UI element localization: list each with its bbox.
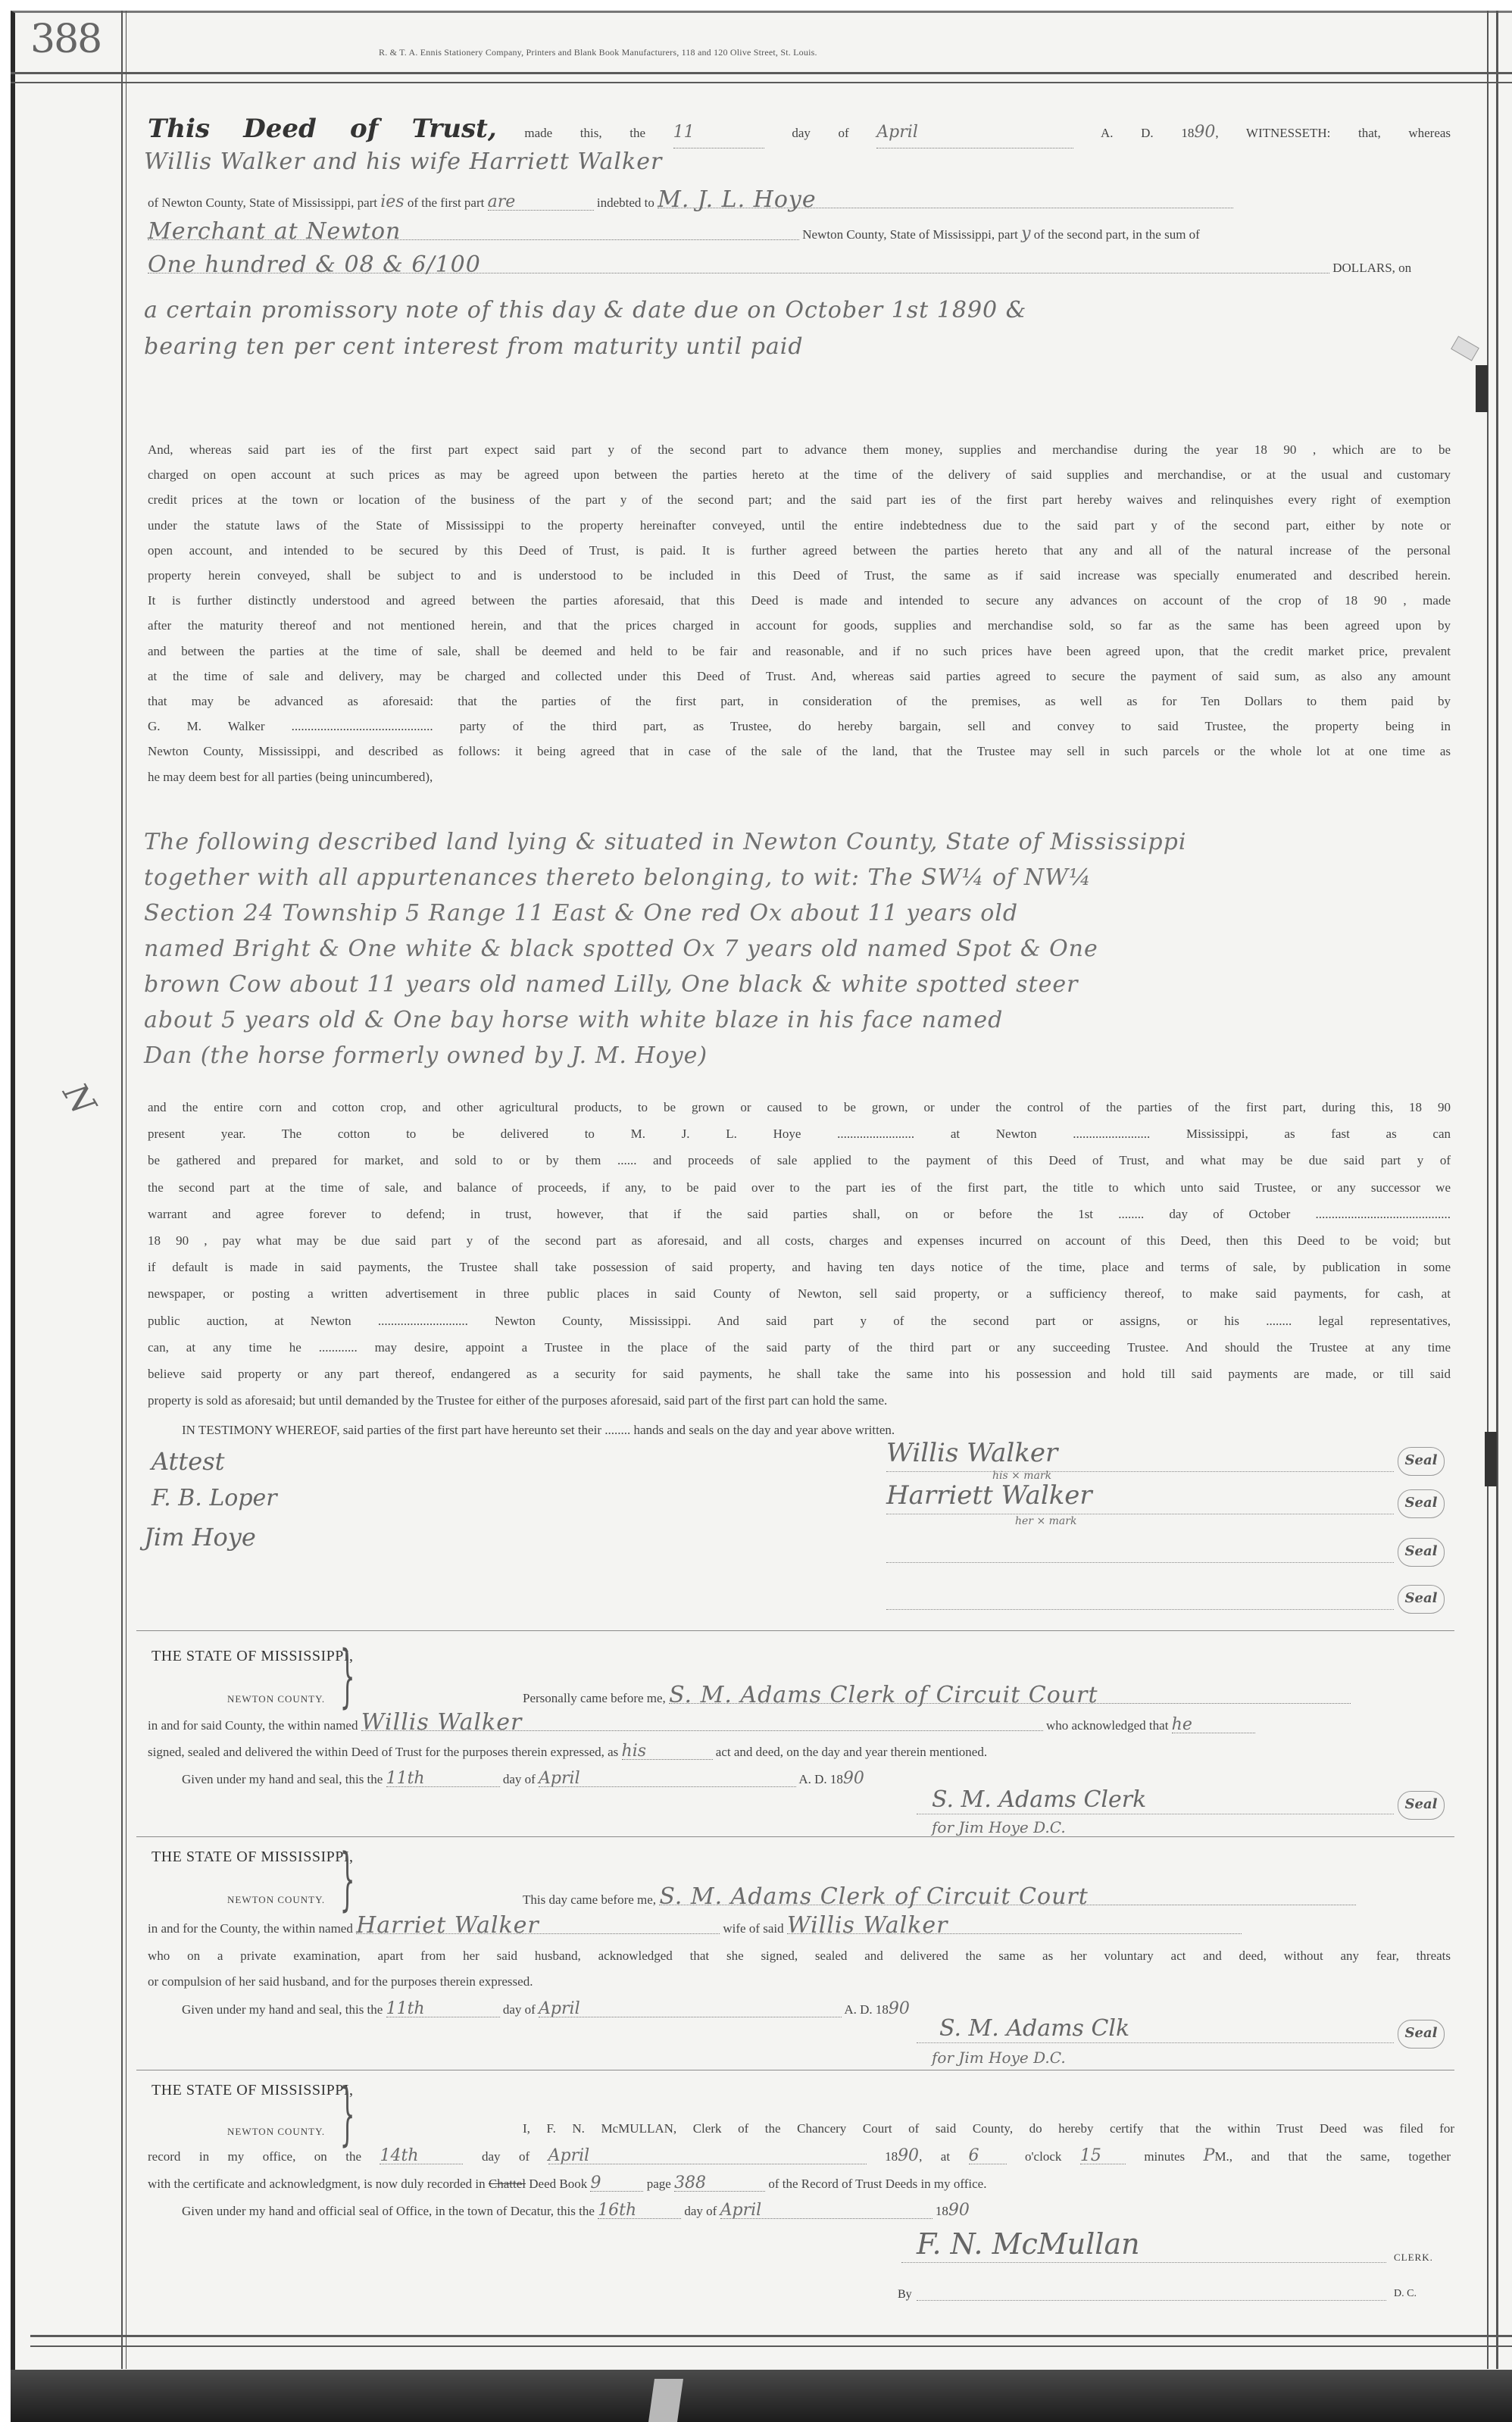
index-tab-marker: [1485, 1432, 1497, 1486]
property-line: about 5 years old & One bay horse with w…: [144, 1002, 1447, 1039]
clerk-signature: F. N. McMullan: [917, 2227, 1140, 2261]
cert-month: April: [548, 2149, 867, 2164]
label: o'clock: [1025, 2149, 1061, 2164]
clause-line: believe said property or any part thereo…: [148, 1367, 1451, 1382]
ack2-year: 90: [889, 1999, 910, 2018]
label: Given under my hand and seal, this the: [182, 2002, 383, 2017]
county-line-2: Merchant at Newton Newton County, State …: [148, 224, 1451, 242]
label: indebted to: [597, 195, 654, 210]
brace-icon: }: [340, 1636, 355, 1716]
note-line-1: a certain promissory note of this day & …: [144, 297, 1026, 323]
clause-line: he may deem best for all parties (being …: [148, 770, 1451, 785]
clause-line: property is sold as aforesaid; but until…: [148, 1393, 1451, 1408]
header-rule: [11, 72, 1512, 74]
grantors: Willis Walker and his wife Harriett Walk…: [144, 148, 662, 175]
label: day of: [503, 2002, 536, 2017]
ack1-line1: Personally came before me, S. M. Adams C…: [523, 1688, 1454, 1706]
label: of Newton County, State of Mississippi, …: [148, 195, 377, 210]
party-suffix: ies: [380, 192, 404, 211]
creditor: M. J. L. Hoye: [658, 192, 1233, 208]
book-edge-shadow: [11, 2370, 1512, 2422]
ack1-day: 11th: [386, 1771, 500, 1787]
label: signed, sealed and delivered the within …: [148, 1745, 618, 1759]
signer-2: Harriett Walker: [886, 1480, 1092, 1511]
ack2-line1: This day came before me, S. M. Adams Cle…: [523, 1889, 1454, 1908]
clause-line: open account, and intended to be secured…: [148, 543, 1451, 558]
property-line: Section 24 Township 5 Range 11 East & On…: [144, 895, 1447, 932]
deed-month: April: [876, 117, 1073, 148]
label: in and for said County, the within named: [148, 1718, 358, 1733]
label: of the Record of Trust Deeds in my offic…: [768, 2177, 986, 2191]
clause-line: after the maturity thereof and not menti…: [148, 618, 1451, 633]
clause-line: and the entire corn and cotton crop, and…: [148, 1100, 1451, 1115]
clause-line: warrant and agree forever to defend; in …: [148, 1207, 1451, 1222]
margin-rule: [126, 11, 127, 2369]
by-label: By: [898, 2288, 912, 2302]
label: 18: [885, 2149, 898, 2164]
cert-given: Given under my hand and official seal of…: [182, 2203, 1485, 2219]
cert-day: 14th: [380, 2149, 463, 2164]
label: day of: [684, 2204, 717, 2218]
ack2-month: April: [539, 2002, 842, 2017]
label: made this, the: [524, 126, 645, 140]
ack2-husband: Willis Walker: [787, 1918, 1242, 1934]
margin-rule-right: [1496, 11, 1498, 2369]
cert-given-month: April: [720, 2203, 933, 2219]
witness-1: F. B. Loper: [152, 1485, 277, 1511]
ack1-named: Willis Walker: [361, 1715, 1043, 1731]
dc-label: D. C.: [1394, 2288, 1417, 2300]
clause-line: at the time of sale and delivery, may be…: [148, 669, 1451, 684]
seal-icon: Seal: [1398, 1538, 1445, 1567]
label: , WITNESSETH: that, whereas: [1215, 126, 1451, 140]
seal-icon: Seal: [1398, 1585, 1445, 1614]
footer-rule: [30, 2335, 1512, 2337]
signature-line: [886, 1471, 1394, 1472]
seal-icon: Seal: [1398, 1447, 1445, 1476]
property-line: Dan (the horse formerly owned by J. M. H…: [144, 1038, 1447, 1074]
property-line: brown Cow about 11 years old named Lilly…: [144, 967, 1447, 1003]
ack1-county: NEWTON COUNTY.: [227, 1693, 325, 1705]
are-fill: are: [488, 195, 594, 211]
signature-line: [917, 2300, 1386, 2301]
clause-line: public auction, at Newton ..............…: [148, 1314, 1451, 1329]
cert-state: THE STATE OF MISSISSIPPI,: [152, 2082, 354, 2099]
bookmark-ribbon: [648, 2379, 683, 2422]
ack1-month: April: [539, 1771, 796, 1787]
cert-line2: record in my office, on the 14th day of …: [148, 2149, 1451, 2164]
attest-label: Attest: [152, 1447, 224, 1476]
deed-title: This Deed of Trust,: [148, 114, 497, 144]
label: of the second part, in the sum of: [1034, 227, 1200, 242]
clause-line: present year. The cotton to be delivered…: [148, 1127, 1451, 1142]
clause-line: Newton County, Mississippi, and describe…: [148, 744, 1451, 759]
ack1-state: THE STATE OF MISSISSIPPI,: [152, 1648, 354, 1665]
signature-line: [901, 2262, 1386, 2263]
label: act and deed, on the day and year therei…: [716, 1745, 987, 1759]
clause-line: It is further distinctly understood and …: [148, 593, 1451, 608]
ack2-officer: S. M. Adams Clerk of Circuit Court: [659, 1889, 1356, 1905]
label: with the certificate and acknowledgment,…: [148, 2177, 486, 2191]
label: Given under my hand and seal, this the: [182, 1772, 383, 1786]
county-line-1: of Newton County, State of Mississippi, …: [148, 192, 1451, 211]
label: of the first part: [408, 195, 485, 210]
margin-rule-right: [1487, 11, 1489, 2369]
ack1-signature: S. M. Adams Clerk: [932, 1786, 1146, 1813]
cert-county: NEWTON COUNTY.: [227, 2126, 325, 2138]
cert-hour: 6: [969, 2149, 1007, 2164]
clause-line: be gathered and prepared for market, and…: [148, 1153, 1451, 1168]
label: wife of said: [723, 1921, 783, 1936]
label: day of: [792, 126, 848, 140]
sum-amount: One hundred & 08 & 6/100: [148, 258, 1329, 273]
clause-line: newspaper, or posting a written advertis…: [148, 1286, 1451, 1302]
cert-line1: I, F. N. McMULLAN, Clerk of the Chancery…: [523, 2121, 1454, 2136]
clause-line: the second part at the time of sale, and…: [148, 1180, 1451, 1195]
ack1-pronoun2: his: [622, 1744, 713, 1760]
signer-2-mark: her × mark: [1015, 1515, 1076, 1527]
clause-line: 18 90 , pay what may be due said part y …: [148, 1233, 1451, 1249]
label: who acknowledged that: [1046, 1718, 1168, 1733]
label: Newton County, State of Mississippi, par…: [802, 227, 1018, 242]
label: Deed Book: [529, 2177, 587, 2191]
ack1-signature-2: for Jim Hoye D.C.: [932, 1818, 1066, 1836]
property-line: The following described land lying & sit…: [144, 824, 1447, 861]
signer-1: Willis Walker: [886, 1438, 1057, 1468]
party-suffix: y: [1021, 224, 1030, 243]
signature-line: [917, 2042, 1394, 2043]
property-line: named Bright & One white & black spotted…: [144, 931, 1447, 967]
ack1-year: 90: [843, 1769, 864, 1788]
footer-rule: [30, 2345, 1512, 2347]
deed-day: 11: [673, 117, 764, 148]
ack2-named: Harriet Walker: [356, 1918, 720, 1934]
label: in and for the County, the within named: [148, 1921, 353, 1936]
section-divider: [136, 1630, 1454, 1631]
clause-line: And, whereas said part ies of the first …: [148, 442, 1451, 458]
section-divider: [136, 2070, 1454, 2070]
printer-imprint: R. & T. A. Ennis Stationery Company, Pri…: [379, 47, 817, 58]
sum-line: One hundred & 08 & 6/100 DOLLARS, on: [148, 258, 1451, 276]
label: Personally came before me,: [523, 1691, 666, 1705]
header-rule: [11, 82, 1512, 83]
label: A. D. 18: [1101, 126, 1194, 140]
cert-page: 388: [674, 2176, 765, 2192]
brace-icon: }: [340, 2074, 355, 2154]
clause-line: and between the parties at the time of s…: [148, 644, 1451, 659]
signature-line: [917, 1814, 1394, 1814]
seal-icon: Seal: [1398, 1791, 1445, 1820]
testimony-line: IN TESTIMONY WHEREOF, said parties of th…: [182, 1423, 1439, 1438]
brace-icon: }: [340, 1839, 355, 1919]
ack1-line3: signed, sealed and delivered the within …: [148, 1744, 1451, 1760]
cert-year: 90: [898, 2146, 919, 2165]
ack2-given: Given under my hand and seal, this the 1…: [182, 2002, 1485, 2017]
cert-meridiem: P: [1204, 2146, 1215, 2165]
label: day of: [503, 1772, 536, 1786]
label: 18: [936, 2204, 948, 2218]
seal-icon: Seal: [1398, 1489, 1445, 1518]
clause-line: property herein conveyed, shall be subje…: [148, 568, 1451, 583]
struck-word: Chattel: [489, 2177, 526, 2191]
property-line: together with all appurtenances thereto …: [144, 860, 1447, 896]
note-line-2: bearing ten per cent interest from matur…: [144, 333, 804, 360]
label: A. D. 18: [798, 1772, 843, 1786]
ack2-line2: in and for the County, the within named …: [148, 1918, 1451, 1936]
creditor-description: Merchant at Newton: [148, 224, 799, 240]
label: DOLLARS, on: [1332, 261, 1411, 275]
ack2-day: 11th: [386, 2002, 500, 2017]
label: minutes: [1144, 2149, 1185, 2164]
deed-year: 90: [1194, 123, 1215, 142]
deed-title-line: This Deed of Trust, made this, the 11 da…: [148, 114, 1451, 148]
label: This day came before me,: [523, 1892, 656, 1907]
label: record in my office, on the: [148, 2149, 361, 2164]
clause-line: that may be advanced as aforesaid: that …: [148, 694, 1451, 709]
ack2-line3: who on a private examination, apart from…: [148, 1949, 1451, 1964]
clause-line: if default is made in said payments, the…: [148, 1260, 1451, 1275]
signature-line: [886, 1562, 1394, 1563]
clause-line: charged on open account at such prices a…: [148, 467, 1451, 483]
label: Given under my hand and official seal of…: [182, 2204, 595, 2218]
page-number: 388: [30, 17, 101, 62]
signature-line: [886, 1514, 1394, 1514]
signature-line: [886, 1609, 1394, 1610]
ack2-signature: S. M. Adams Clk: [939, 2015, 1129, 2042]
ack1-line2: in and for said County, the within named…: [148, 1715, 1451, 1733]
index-tab-marker: [1476, 365, 1488, 412]
cert-given-year: 90: [948, 2201, 970, 2220]
clause-line: under the statute laws of the State of M…: [148, 518, 1451, 533]
label: A. D. 18: [844, 2002, 889, 2017]
cert-line3: with the certificate and acknowledgment,…: [148, 2176, 1451, 2192]
ack2-signature-2: for Jim Hoye D.C.: [932, 2049, 1066, 2067]
ack1-given: Given under my hand and seal, this the 1…: [182, 1771, 1485, 1787]
ack2-line4: or compulsion of her said husband, and f…: [148, 1974, 1451, 1989]
clause-line: G. M. Walker ...........................…: [148, 719, 1451, 734]
section-divider: [136, 1836, 1454, 1837]
ack1-pronoun: he: [1172, 1717, 1255, 1733]
clause-line: credit prices at the town or location of…: [148, 492, 1451, 508]
margin-rule: [121, 11, 123, 2369]
label: page: [647, 2177, 671, 2191]
cert-given-day: 16th: [598, 2203, 681, 2219]
ack1-officer: S. M. Adams Clerk of Circuit Court: [669, 1688, 1351, 1704]
label: day of: [482, 2149, 530, 2164]
label: M., and that the same, together: [1214, 2149, 1451, 2164]
cert-minutes: 15: [1080, 2149, 1126, 2164]
seal-icon: Seal: [1398, 2020, 1445, 2049]
ack2-county: NEWTON COUNTY.: [227, 1894, 325, 1906]
clause-line: can, at any time he ............ may des…: [148, 1340, 1451, 1355]
clerk-label: CLERK.: [1394, 2252, 1433, 2264]
cert-book: 9: [590, 2176, 643, 2192]
witness-2: Jim Hoye: [144, 1523, 256, 1552]
label: , at: [919, 2149, 950, 2164]
ack2-state: THE STATE OF MISSISSIPPI,: [152, 1849, 354, 1866]
